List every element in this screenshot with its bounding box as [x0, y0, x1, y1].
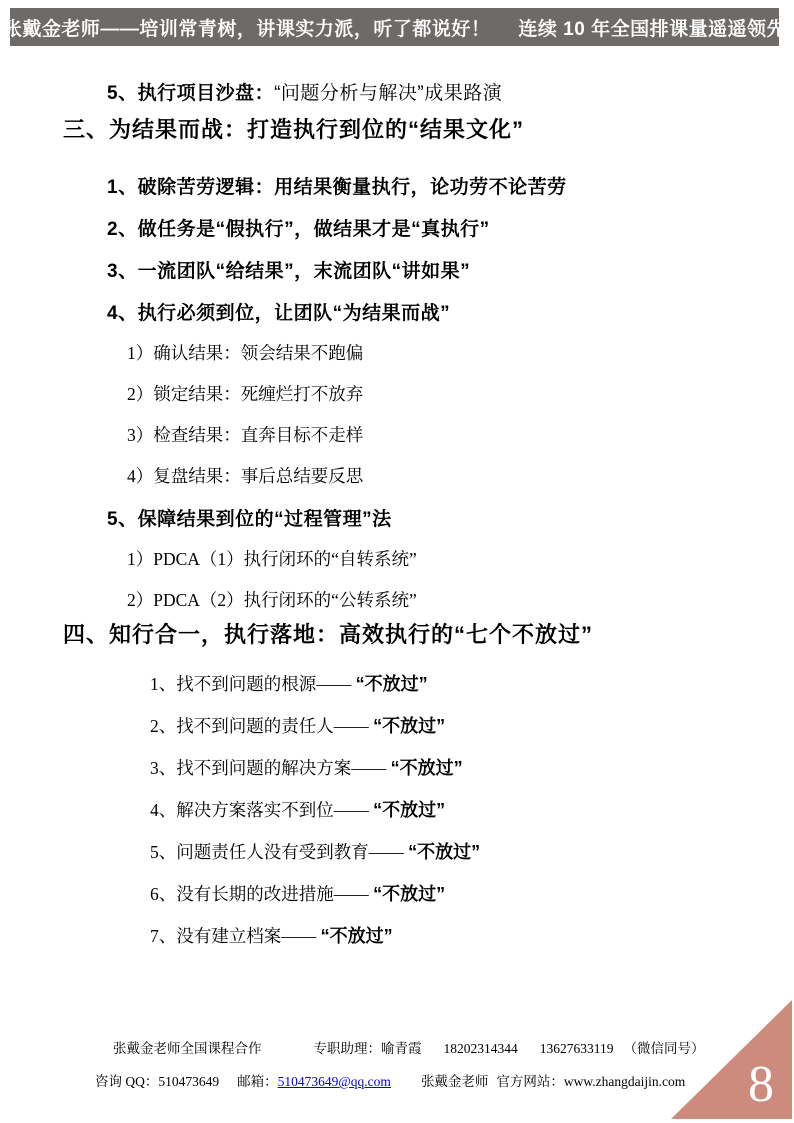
section3-item-2: 2、做任务是“假执行”，做结果才是“真执行” — [0, 214, 794, 241]
section4-item-4-text: 4、解决方案落实不到位—— — [150, 800, 373, 820]
section4-item-2-emphasis: “不放过” — [373, 716, 445, 736]
section4-item-6: 6、没有长期的改进措施—— “不放过” — [0, 880, 794, 906]
footer-email-label: 邮箱： — [237, 1070, 278, 1090]
footer-assistant: 专职助理：喻青霞 — [314, 1037, 422, 1057]
section4-item-3-text: 3、找不到问题的解决方案—— — [150, 758, 391, 778]
outline-item-5-sandbox: 5、执行项目沙盘：“问题分析与解决”成果路演 — [0, 78, 794, 105]
section4-item-1: 1、找不到问题的根源—— “不放过” — [0, 670, 794, 696]
section3-item-4: 4、执行必须到位，让团队“为结果而战” — [0, 298, 794, 325]
footer-line-1: 张戴金老师全国课程合作专职助理：喻青霞182023143441362763311… — [113, 1037, 705, 1057]
section3-subitem-4: 4）复盘结果：事后总结要反思 — [0, 463, 794, 488]
outline-item-5-suffix: “问题分析与解决”成果路演 — [274, 83, 502, 104]
footer-phone-1: 18202314344 — [444, 1041, 518, 1057]
section3-subitem-1: 1）确认结果：领会结果不跑偏 — [0, 340, 794, 365]
section4-item-6-emphasis: “不放过” — [373, 884, 445, 904]
section4-item-6-text: 6、没有长期的改进措施—— — [150, 884, 373, 904]
section4-item-7-emphasis: “不放过” — [321, 926, 393, 946]
section3-subitem-2: 2）锁定结果：死缠烂打不放弃 — [0, 381, 794, 406]
footer-cooperation: 张戴金老师全国课程合作 — [113, 1037, 262, 1057]
pdca-item-1: 1）PDCA（1）执行闭环的“自转系统” — [0, 546, 794, 571]
section4-item-3-emphasis: “不放过” — [391, 758, 463, 778]
footer-line-2: 咨询 QQ：510473649邮箱：510473649@qq.com张戴金老师官… — [95, 1070, 685, 1090]
header-claim: 连续 10 年全国排课量遥遥领先 — [518, 14, 786, 41]
footer-email-link[interactable]: 510473649@qq.com — [278, 1074, 391, 1090]
section-3-title: 三、为结果而战：打造执行到位的“结果文化” — [0, 113, 794, 144]
section4-item-5-text: 5、问题责任人没有受到教育—— — [150, 842, 408, 862]
page-header-banner: 张戴金老师——培训常青树，讲课实力派，听了都说好！ 连续 10 年全国排课量遥遥… — [10, 8, 779, 46]
section4-item-5-emphasis: “不放过” — [408, 842, 480, 862]
page-number: 8 — [748, 1059, 774, 1111]
footer-wechat-note: （微信同号） — [624, 1037, 705, 1057]
section4-item-7: 7、没有建立档案—— “不放过” — [0, 922, 794, 948]
footer-website: 官方网站：www.zhangdaijin.com — [496, 1070, 685, 1090]
footer-qq: 咨询 QQ：510473649 — [95, 1070, 219, 1090]
section4-item-3: 3、找不到问题的解决方案—— “不放过” — [0, 754, 794, 780]
section3-item-1: 1、破除苦劳逻辑：用结果衡量执行，论功劳不论苦劳 — [0, 172, 794, 199]
section-4-title: 四、知行合一，执行落地：高效执行的“七个不放过” — [0, 618, 794, 649]
section4-item-4-emphasis: “不放过” — [373, 800, 445, 820]
section3-item-3: 3、一流团队“给结果”，末流团队“讲如果” — [0, 256, 794, 283]
section4-item-5: 5、问题责任人没有受到教育—— “不放过” — [0, 838, 794, 864]
footer-teacher-name: 张戴金老师 — [421, 1070, 489, 1090]
section4-item-2-text: 2、找不到问题的责任人—— — [150, 716, 373, 736]
section3-subitem-3: 3）检查结果：直奔目标不走样 — [0, 422, 794, 447]
section4-item-4: 4、解决方案落实不到位—— “不放过” — [0, 796, 794, 822]
section3-item-5: 5、保障结果到位的“过程管理”法 — [0, 504, 794, 531]
section4-item-1-emphasis: “不放过” — [356, 674, 428, 694]
outline-item-5-prefix: 5、执行项目沙盘： — [107, 83, 274, 104]
footer-phone-2: 13627633119 — [540, 1041, 614, 1057]
section4-item-7-text: 7、没有建立档案—— — [150, 926, 321, 946]
section4-item-1-text: 1、找不到问题的根源—— — [150, 674, 356, 694]
section4-item-2: 2、找不到问题的责任人—— “不放过” — [0, 712, 794, 738]
document-page: 张戴金老师——培训常青树，讲课实力派，听了都说好！ 连续 10 年全国排课量遥遥… — [0, 0, 794, 1123]
pdca-item-2: 2）PDCA（2）执行闭环的“公转系统” — [0, 587, 794, 612]
header-slogan: 张戴金老师——培训常青树，讲课实力派，听了都说好！ — [3, 14, 491, 41]
